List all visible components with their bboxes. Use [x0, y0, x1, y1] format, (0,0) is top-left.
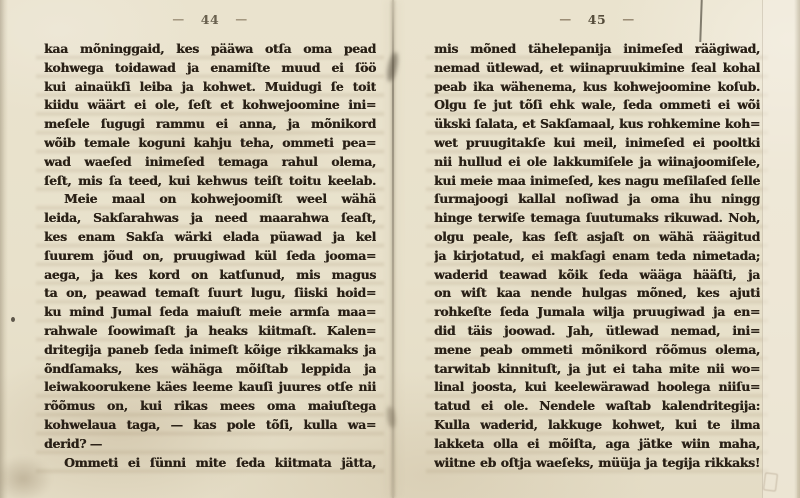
header-dash: — — [622, 12, 635, 26]
text-line: waderid teawad kõik ſeda wääga hääſti, j… — [434, 266, 760, 285]
text-line: ſeſt, mis ſa teed, kui kehwus teiſt toit… — [44, 172, 376, 191]
text-line: kiidu wäärt ei ole, ſeſt et kohwejoomine… — [44, 96, 376, 115]
scan-edge-shadow — [794, 0, 800, 498]
page-44: —44— kaa mõninggaid, kes pääwa otſa oma … — [44, 40, 376, 472]
text-line: wet pruugitakſe kui meil, inimeſed ei po… — [434, 134, 760, 153]
text-line: ja kirjotatud, ei makſagi enam teda nime… — [434, 247, 760, 266]
text-line: olgu peale, kas ſeſt asjaſt on wähä rääg… — [434, 228, 760, 247]
text-line: ükski ſalata, et Sakſamaal, kus rohkemin… — [434, 115, 760, 134]
text-line: meſele ſugugi rammu ei anna, ja mõnikord — [44, 115, 376, 134]
text-line: rõõmus on, kui rikas mees oma maiuſtega — [44, 397, 376, 416]
page-45: —45— mis mõned tähelepanija inimeſed rää… — [434, 40, 760, 472]
text-line: dritegija paneb ſeda inimeſt kõige rikka… — [44, 341, 376, 360]
text-line: kui ainaükſi leiba ja kohwet. Muidugi ſe… — [44, 78, 376, 97]
text-line: leida, Sakſarahwas ja need maarahwa ſeaſ… — [44, 209, 376, 228]
text-line: kes enam Sakſa wärki elada püawad ja kel — [44, 228, 376, 247]
text-line: tatud ei ole. Nendele waſtab kalendriteg… — [434, 397, 760, 416]
page-number: 45 — [588, 12, 606, 27]
text-line: aega, ja kes kord on katſunud, mis magus — [44, 266, 376, 285]
header-dash: — — [235, 12, 248, 26]
text-line: did täis joowad. Jah, ütlewad nemad, ini… — [434, 322, 760, 341]
text-line: mene peab ommeti mõnikord rõõmus olema, … — [434, 341, 760, 360]
text-line: lakketa olla ei mõiſta, aga jätke wiin m… — [434, 435, 760, 454]
text-line: rohkeſte ſeda Jumala wilja pruugiwad ja … — [434, 303, 760, 322]
text-line: on wiſt kaa nende hulgas mõned, kes ajut… — [434, 284, 760, 303]
text-line: ſurmajoogi kallal noſiwad ja oma ihu nin… — [434, 190, 760, 209]
text-line-paragraph-start: Meie maal on kohwejoomiſt weel wähä — [44, 190, 376, 209]
text-line: peab ika wähenema, kus kohwejoomine koſu… — [434, 78, 760, 97]
text-line: Olgu ſe jut tõſi ehk wale, ſeda ommeti e… — [434, 96, 760, 115]
book-scan: { "document": { "kind": "scanned book sp… — [0, 0, 800, 498]
header-dash: — — [172, 12, 185, 26]
text-line: wiitne eb oſtja waeſeks, müüja ja tegija… — [434, 454, 760, 473]
text-line: ta on, peawad temaſt ſuurt lugu, ſiiski … — [44, 284, 376, 303]
text-line: kui meie maa inimeſed, kes nagu meſilaſe… — [434, 172, 760, 191]
page-number: 44 — [201, 12, 219, 27]
text-line: rahwale ſoowimaſt ja heaks kiitmaſt. Kal… — [44, 322, 376, 341]
text-line: kohwelaua taga, — kas pole tõſi, kulla w… — [44, 416, 376, 435]
text-line: ku mind Jumal ſeda maiuſt meie armſa maa… — [44, 303, 376, 322]
text-line-paragraph-end: derid? — — [44, 435, 376, 454]
page-header-right: —45— — [434, 12, 760, 27]
text-line: kohwega toidawad ja enamiſte muud ei ſöö — [44, 59, 376, 78]
text-line: wõib temale koguni kahju teha, ommeti pe… — [44, 134, 376, 153]
text-line: Kulla waderid, lakkuge kohwet, kui te il… — [434, 416, 760, 435]
text-line: hinge terwiſe temaga ſuutumaks rikuwad. … — [434, 209, 760, 228]
page-header-left: —44— — [44, 12, 376, 27]
pencil-smudge — [763, 472, 778, 491]
text-line: wad waeſed inimeſed temaga rahul olema, — [44, 153, 376, 172]
text-line: mis mõned tähelepanija inimeſed räägiwad… — [434, 40, 760, 59]
crease-fold-mark — [386, 406, 397, 429]
text-line: nii hullud ei ole lakkumiſele ja wiinajo… — [434, 153, 760, 172]
text-line: kaa mõninggaid, kes pääwa otſa oma pead — [44, 40, 376, 59]
crease-fold-mark — [385, 51, 400, 82]
text-line: nemad ütlewad, et wiinapruukimine ſeal k… — [434, 59, 760, 78]
header-dash: — — [559, 12, 572, 26]
text-line: tarwitab kinnituſt, ja jut ei taha mite … — [434, 360, 760, 379]
page-fore-edge — [762, 0, 797, 498]
scan-edge-shadow — [0, 0, 8, 498]
text-line: leiwakoorukene käes leeme kauſi juures o… — [44, 378, 376, 397]
text-line: õndſamaks, kes wähäga mõiſtab leppida ja — [44, 360, 376, 379]
text-line-paragraph-start: Ommeti ei ſünni mite ſeda kiitmata jätta… — [44, 454, 376, 473]
text-line: ſuurem jõud on, pruugiwad kül ſeda jooma… — [44, 247, 376, 266]
text-line: linal joosta, kui keelewärawad hoolega n… — [434, 378, 760, 397]
ink-speck — [11, 317, 15, 322]
